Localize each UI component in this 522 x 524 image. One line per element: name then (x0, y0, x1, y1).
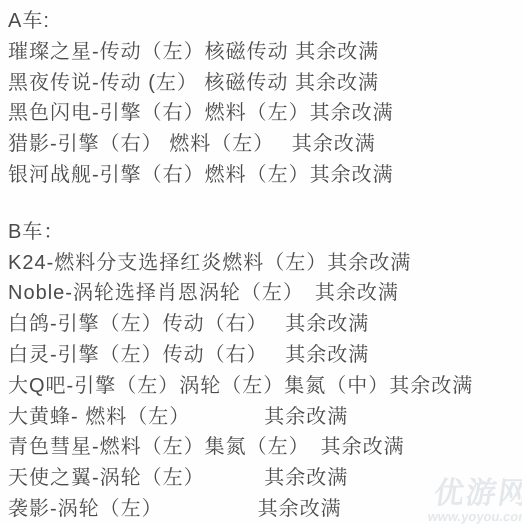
config-line: 银河战舰-引擎（右）燃料（左）其余改满 (8, 160, 522, 191)
section-a-cars: A车: 璀璨之星-传动（左）核磁传动 其余改满黑夜传说-传动 (左） 核磁传动 … (8, 6, 522, 191)
config-line: 白灵-引擎（左）传动（右） 其余改满 (8, 340, 522, 371)
section-a-lines: 璀璨之星-传动（左）核磁传动 其余改满黑夜传说-传动 (左） 核磁传动 其余改满… (8, 37, 522, 191)
config-line: 猎影-引擎（右） 燃料（左） 其余改满 (8, 129, 522, 160)
config-line: 璀璨之星-传动（左）核磁传动 其余改满 (8, 37, 522, 68)
config-line: K24-燃料分支选择红炎燃料（左）其余改满 (8, 248, 522, 279)
config-line: 大黄蜂- 燃料（左） 其余改满 (8, 402, 522, 433)
config-line: 袭影-涡轮（左） 其余改满 (8, 494, 522, 524)
section-a-title: A车: (8, 6, 522, 37)
config-line: 大Q吧-引擎（左）涡轮（左）集氮（中）其余改满 (8, 371, 522, 402)
section-b-cars: B车： K24-燃料分支选择红炎燃料（左）其余改满Noble-涡轮选择肖恩涡轮（… (8, 217, 522, 524)
config-line: 天使之翼-涡轮（左） 其余改满 (8, 463, 522, 494)
section-b-lines: K24-燃料分支选择红炎燃料（左）其余改满Noble-涡轮选择肖恩涡轮（左） 其… (8, 248, 522, 524)
config-line: 黑色闪电-引擎（右）燃料（左）其余改满 (8, 98, 522, 129)
config-line: 黑夜传说-传动 (左） 核磁传动 其余改满 (8, 68, 522, 99)
config-line: 青色彗星-燃料（左）集氮（左） 其余改满 (8, 432, 522, 463)
config-line: Noble-涡轮选择肖恩涡轮（左） 其余改满 (8, 278, 522, 309)
section-b-title: B车： (8, 217, 522, 248)
config-line: 白鸽-引擎（左）传动（右） 其余改满 (8, 309, 522, 340)
tuning-guide-text: A车: 璀璨之星-传动（左）核磁传动 其余改满黑夜传说-传动 (左） 核磁传动 … (8, 6, 522, 524)
